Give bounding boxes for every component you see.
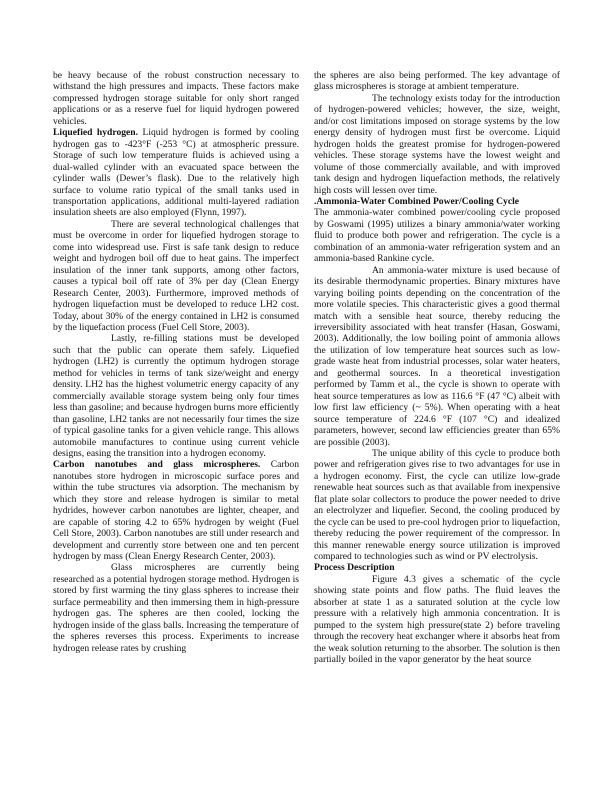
paragraph-glass-microspheres: Glass microspheres are currently being r… xyxy=(53,562,299,654)
paragraph-microspheres-end: the spheres are also being performed. Th… xyxy=(314,70,560,93)
heading-process-description: Process Description xyxy=(314,562,560,573)
paragraph-unique-ability: The unique ability of this cycle to prod… xyxy=(314,448,560,563)
heading-liquefied-hydrogen: Liquefied hydrogen. xyxy=(53,127,138,138)
paragraph-refilling-stations: Lastly, re-filling stations must be deve… xyxy=(53,333,299,459)
right-column: the spheres are also being performed. Th… xyxy=(314,70,560,666)
left-column: be heavy because of the robust construct… xyxy=(53,70,299,654)
paragraph-ammonia-water-cycle: The ammonia-water combined power/cooling… xyxy=(314,207,560,264)
paragraph-technology-exists: The technology exists today for the intr… xyxy=(314,93,560,196)
paragraph-compressed-storage-end: be heavy because of the robust construct… xyxy=(53,70,299,127)
heading-ammonia-water-cycle: .Ammonia-Water Combined Power/Cooling Cy… xyxy=(314,196,560,207)
paragraph-technological-challenges: There are several technological challeng… xyxy=(53,219,299,334)
paragraph-process-description: Figure 4.3 gives a schematic of the cycl… xyxy=(314,574,560,666)
heading-carbon-nanotubes: Carbon nanotubes and glass microspheres. xyxy=(53,459,260,470)
paragraph-carbon-nanotubes: Carbon nanotubes and glass microspheres.… xyxy=(53,459,299,562)
document-page: be heavy because of the robust construct… xyxy=(0,0,612,792)
paragraph-liquefied-hydrogen: Liquefied hydrogen. Liquid hydrogen is f… xyxy=(53,127,299,219)
paragraph-ammonia-water-mixture: An ammonia-water mixture is used because… xyxy=(314,265,560,448)
